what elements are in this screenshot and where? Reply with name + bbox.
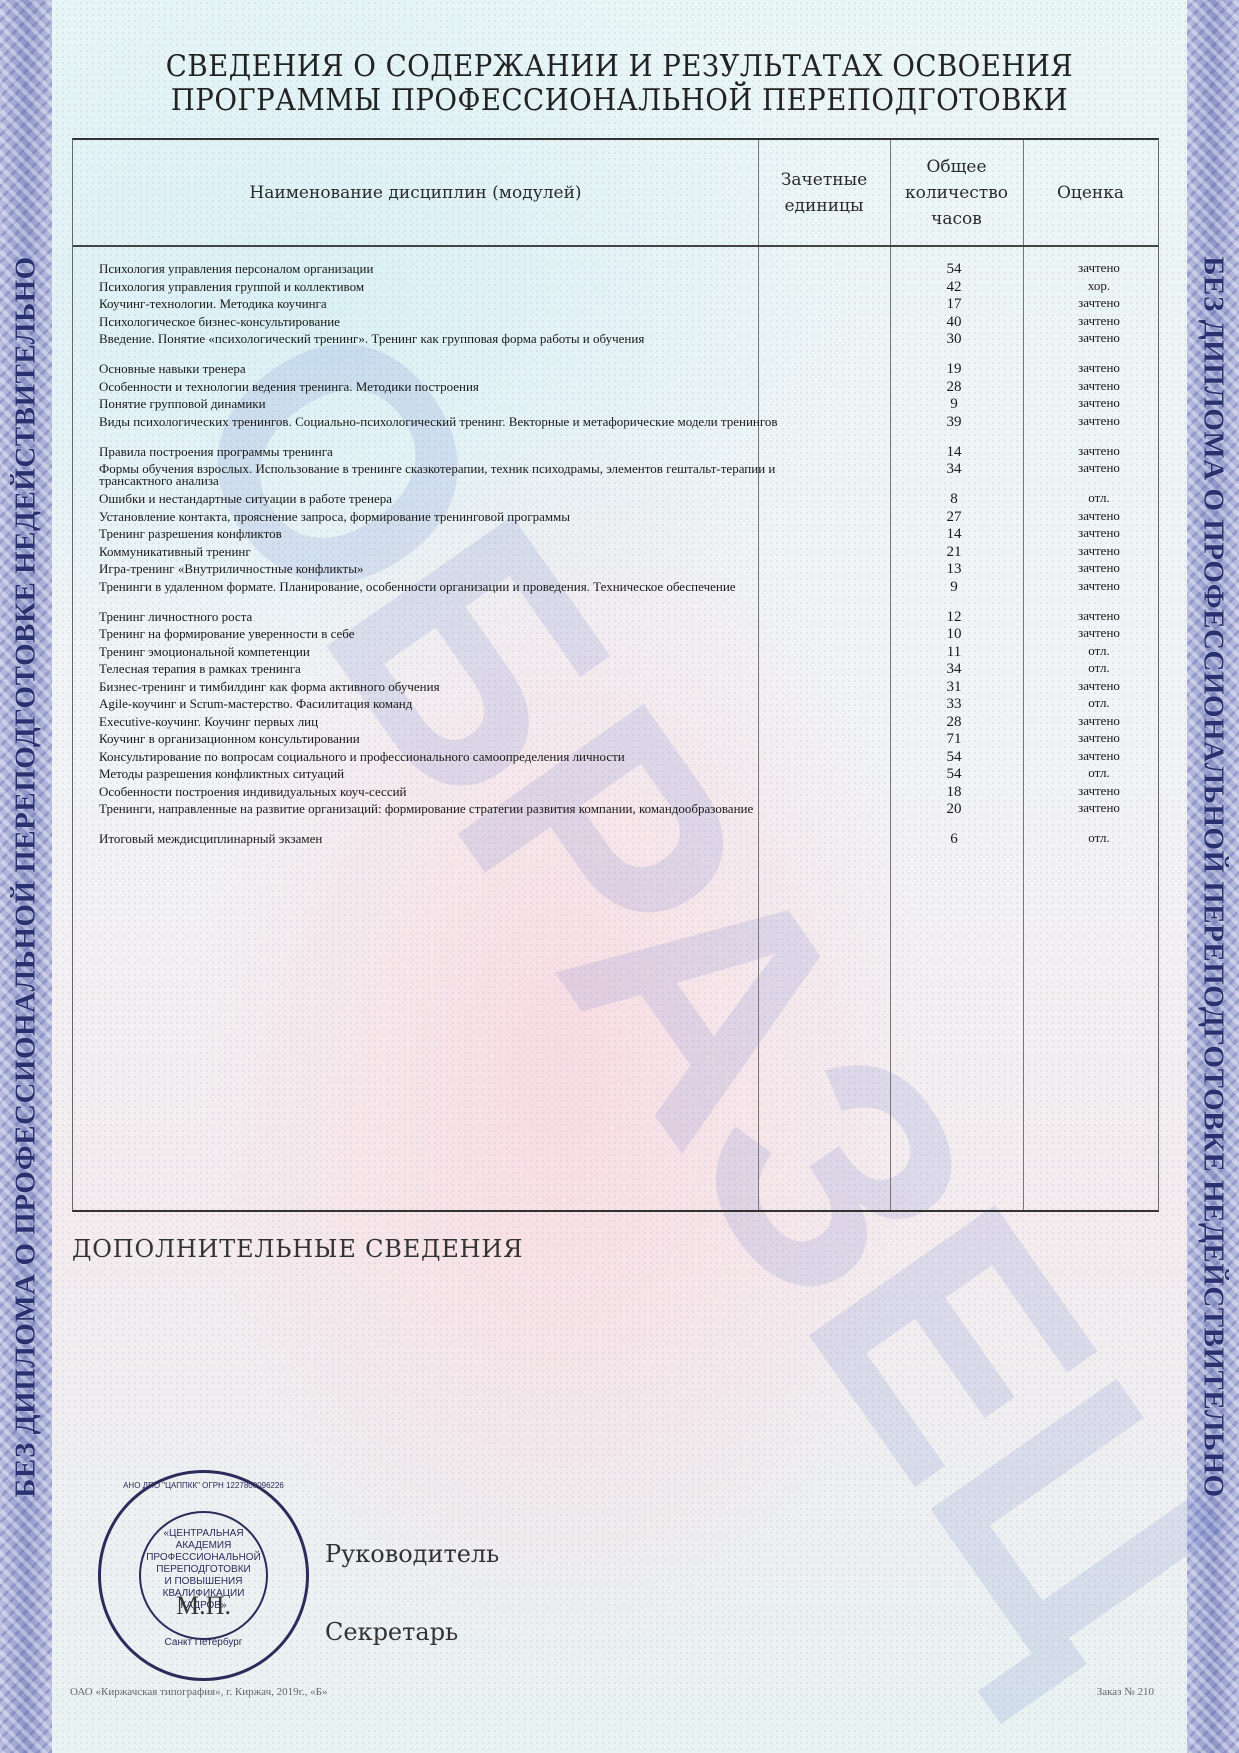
discipline-grade: зачтено [1054, 627, 1144, 639]
stamp-place-label: М.П. [151, 1591, 256, 1621]
table-row: Тренинг личностного роста12зачтено [99, 610, 1139, 628]
table-row: Установление контакта, прояснение запрос… [99, 510, 1139, 528]
discipline-hours: 31 [939, 680, 969, 694]
header-divider [73, 245, 1158, 247]
table-row: Agile-коучинг и Scrum-мастерство. Фасили… [99, 697, 1139, 715]
discipline-hours: 28 [939, 715, 969, 729]
printer-imprint: ОАО «Киржачская типография», г. Киржач, … [70, 1686, 328, 1698]
table-row: Психология управления персоналом организ… [99, 262, 1139, 280]
discipline-hours: 34 [939, 662, 969, 676]
discipline-name: Понятие групповой динамики [99, 397, 789, 410]
discipline-name: Итоговый междисциплинарный экзамен [99, 832, 789, 845]
discipline-grade: зачтено [1054, 362, 1144, 374]
signature-head-label: Руководитель [325, 1540, 499, 1568]
discipline-name: Введение. Понятие «психологический трени… [99, 332, 789, 345]
table-row: Итоговый междисциплинарный экзамен6отл. [99, 832, 1139, 850]
table-row: Телесная терапия в рамках тренинга34отл. [99, 662, 1139, 680]
discipline-grade: зачтено [1054, 315, 1144, 327]
discipline-grade: зачтено [1054, 380, 1144, 392]
table-row: Формы обучения взрослых. Использование в… [99, 462, 1139, 492]
discipline-hours: 6 [939, 832, 969, 846]
discipline-grade: зачтено [1054, 545, 1144, 557]
discipline-hours: 71 [939, 732, 969, 746]
order-number: Заказ № 210 [1097, 1686, 1154, 1698]
discipline-grade: отл. [1054, 697, 1144, 709]
discipline-name: Бизнес-тренинг и тимбилдинг как форма ак… [99, 680, 789, 693]
discipline-name: Тренинг на формирование уверенности в се… [99, 627, 789, 640]
discipline-hours: 54 [939, 750, 969, 764]
discipline-grade: зачтено [1054, 785, 1144, 797]
discipline-grade: зачтено [1054, 462, 1144, 474]
discipline-hours: 42 [939, 280, 969, 294]
table-body: Психология управления персоналом организ… [99, 262, 1139, 850]
discipline-name: Коммуникативный тренинг [99, 545, 789, 558]
table-row: Тренинг на формирование уверенности в се… [99, 627, 1139, 645]
discipline-hours: 30 [939, 332, 969, 346]
discipline-grade: зачтено [1054, 750, 1144, 762]
discipline-name: Особенности построения индивидуальных ко… [99, 785, 789, 798]
stamp-city: Санкт Петербург [101, 1637, 306, 1648]
table-row: Виды психологических тренингов. Социальн… [99, 415, 1139, 445]
discipline-grade: зачтено [1054, 802, 1144, 814]
table-row: Особенности построения индивидуальных ко… [99, 785, 1139, 803]
discipline-hours: 34 [939, 462, 969, 476]
discipline-grade: зачтено [1054, 297, 1144, 309]
discipline-grade: зачтено [1054, 415, 1144, 427]
table-row: Консультирование по вопросам социального… [99, 750, 1139, 768]
discipline-hours: 13 [939, 562, 969, 576]
discipline-name: Executive-коучинг. Коучинг первых лиц [99, 715, 789, 728]
discipline-name: Agile-коучинг и Scrum-мастерство. Фасили… [99, 697, 789, 710]
discipline-hours: 28 [939, 380, 969, 394]
discipline-hours: 27 [939, 510, 969, 524]
table-row: Особенности и технологии ведения тренинг… [99, 380, 1139, 398]
discipline-name: Установление контакта, прояснение запрос… [99, 510, 789, 523]
discipline-name: Формы обучения взрослых. Использование в… [99, 462, 789, 487]
discipline-name: Методы разрешения конфликтных ситуаций [99, 767, 789, 780]
stamp-outer-text: АНО ДПО "ЦАППКК" ОГРН 1227800096226 [101, 1481, 306, 1490]
discipline-grade: зачтено [1054, 332, 1144, 344]
discipline-grade: хор. [1054, 280, 1144, 292]
discipline-grade: зачтено [1054, 527, 1144, 539]
additional-info-heading: ДОПОЛНИТЕЛЬНЫЕ СВЕДЕНИЯ [72, 1235, 523, 1263]
discipline-hours: 33 [939, 697, 969, 711]
discipline-hours: 39 [939, 415, 969, 429]
discipline-grade: зачтено [1054, 562, 1144, 574]
discipline-grade: отл. [1054, 492, 1144, 504]
discipline-hours: 9 [939, 580, 969, 594]
header-hours: Общее количество часов [890, 140, 1023, 245]
discipline-name: Тренинг эмоциональной компетенции [99, 645, 789, 658]
title-line-1: СВЕДЕНИЯ О СОДЕРЖАНИИ И РЕЗУЛЬТАТАХ ОСВО… [50, 50, 1190, 84]
discipline-hours: 40 [939, 315, 969, 329]
discipline-name: Коучинг в организационном консультирован… [99, 732, 789, 745]
table-row: Игра-тренинг «Внутриличностные конфликты… [99, 562, 1139, 580]
discipline-hours: 18 [939, 785, 969, 799]
discipline-name: Психология управления группой и коллекти… [99, 280, 789, 293]
discipline-name: Ошибки и нестандартные ситуации в работе… [99, 492, 789, 505]
discipline-name: Консультирование по вопросам социального… [99, 750, 789, 763]
discipline-hours: 19 [939, 362, 969, 376]
discipline-grade: зачтено [1054, 445, 1144, 457]
document-title: СВЕДЕНИЯ О СОДЕРЖАНИИ И РЕЗУЛЬТАТАХ ОСВО… [50, 50, 1190, 118]
discipline-grade: зачтено [1054, 397, 1144, 409]
discipline-hours: 8 [939, 492, 969, 506]
table-row: Методы разрешения конфликтных ситуаций54… [99, 767, 1139, 785]
table-row: Тренинги, направленные на развитие орган… [99, 802, 1139, 832]
discipline-grade: зачтено [1054, 732, 1144, 744]
discipline-name: Основные навыки тренера [99, 362, 789, 375]
discipline-name: Психология управления персоналом организ… [99, 262, 789, 275]
table-row: Коммуникативный тренинг21зачтено [99, 545, 1139, 563]
signature-secretary-label: Секретарь [325, 1618, 458, 1646]
discipline-name: Тренинги, направленные на развитие орган… [99, 802, 789, 815]
discipline-hours: 20 [939, 802, 969, 816]
discipline-name: Тренинг личностного роста [99, 610, 789, 623]
discipline-hours: 11 [939, 645, 969, 659]
table-row: Психология управления группой и коллекти… [99, 280, 1139, 298]
discipline-name: Игра-тренинг «Внутриличностные конфликты… [99, 562, 789, 575]
discipline-hours: 21 [939, 545, 969, 559]
table-row: Коучинг-технологии. Методика коучинга17з… [99, 297, 1139, 315]
table-row: Введение. Понятие «психологический трени… [99, 332, 1139, 362]
discipline-name: Психологическое бизнес-консультирование [99, 315, 789, 328]
table-row: Тренинг эмоциональной компетенции11отл. [99, 645, 1139, 663]
discipline-grade: отл. [1054, 832, 1144, 844]
discipline-hours: 9 [939, 397, 969, 411]
side-border-text-right: БЕЗ ДИПЛОМА О ПРОФЕССИОНАЛЬНОЙ ПЕРЕПОДГО… [1197, 256, 1230, 1497]
discipline-grade: отл. [1054, 645, 1144, 657]
table-row: Executive-коучинг. Коучинг первых лиц28з… [99, 715, 1139, 733]
title-line-2: ПРОГРАММЫ ПРОФЕССИОНАЛЬНОЙ ПЕРЕПОДГОТОВК… [50, 84, 1190, 118]
discipline-name: Тренинг разрешения конфликтов [99, 527, 789, 540]
table-row: Бизнес-тренинг и тимбилдинг как форма ак… [99, 680, 1139, 698]
table-row: Тренинги в удаленном формате. Планирован… [99, 580, 1139, 610]
discipline-hours: 14 [939, 527, 969, 541]
side-border-left: БЕЗ ДИПЛОМА О ПРОФЕССИОНАЛЬНОЙ ПЕРЕПОДГО… [0, 0, 52, 1753]
header-credits: Зачетные единицы [758, 140, 890, 245]
table-row: Правила построения программы тренинга14з… [99, 445, 1139, 463]
discipline-grade: зачтено [1054, 715, 1144, 727]
header-grade: Оценка [1023, 140, 1158, 245]
discipline-name: Коучинг-технологии. Методика коучинга [99, 297, 789, 310]
discipline-name: Правила построения программы тренинга [99, 445, 789, 458]
discipline-hours: 54 [939, 262, 969, 276]
discipline-grade: отл. [1054, 662, 1144, 674]
table-row: Тренинг разрешения конфликтов14зачтено [99, 527, 1139, 545]
table-row: Понятие групповой динамики9зачтено [99, 397, 1139, 415]
discipline-hours: 54 [939, 767, 969, 781]
discipline-name: Телесная терапия в рамках тренинга [99, 662, 789, 675]
discipline-hours: 17 [939, 297, 969, 311]
table-row: Ошибки и нестандартные ситуации в работе… [99, 492, 1139, 510]
side-border-right: БЕЗ ДИПЛОМА О ПРОФЕССИОНАЛЬНОЙ ПЕРЕПОДГО… [1187, 0, 1239, 1753]
discipline-grade: зачтено [1054, 610, 1144, 622]
discipline-hours: 12 [939, 610, 969, 624]
header-discipline: Наименование дисциплин (модулей) [73, 140, 758, 245]
discipline-grade: зачтено [1054, 580, 1144, 592]
side-border-text-left: БЕЗ ДИПЛОМА О ПРОФЕССИОНАЛЬНОЙ ПЕРЕПОДГО… [10, 256, 43, 1497]
discipline-name: Тренинги в удаленном формате. Планирован… [99, 580, 789, 593]
table-row: Психологическое бизнес-консультирование4… [99, 315, 1139, 333]
discipline-name: Виды психологических тренингов. Социальн… [99, 415, 789, 428]
official-stamp: АНО ДПО "ЦАППКК" ОГРН 1227800096226 «ЦЕН… [98, 1470, 309, 1681]
table-row: Основные навыки тренера19зачтено [99, 362, 1139, 380]
discipline-grade: зачтено [1054, 680, 1144, 692]
discipline-hours: 10 [939, 627, 969, 641]
discipline-grade: зачтено [1054, 262, 1144, 274]
discipline-grade: зачтено [1054, 510, 1144, 522]
discipline-hours: 14 [939, 445, 969, 459]
table-row: Коучинг в организационном консультирован… [99, 732, 1139, 750]
discipline-grade: отл. [1054, 767, 1144, 779]
discipline-name: Особенности и технологии ведения тренинг… [99, 380, 789, 393]
